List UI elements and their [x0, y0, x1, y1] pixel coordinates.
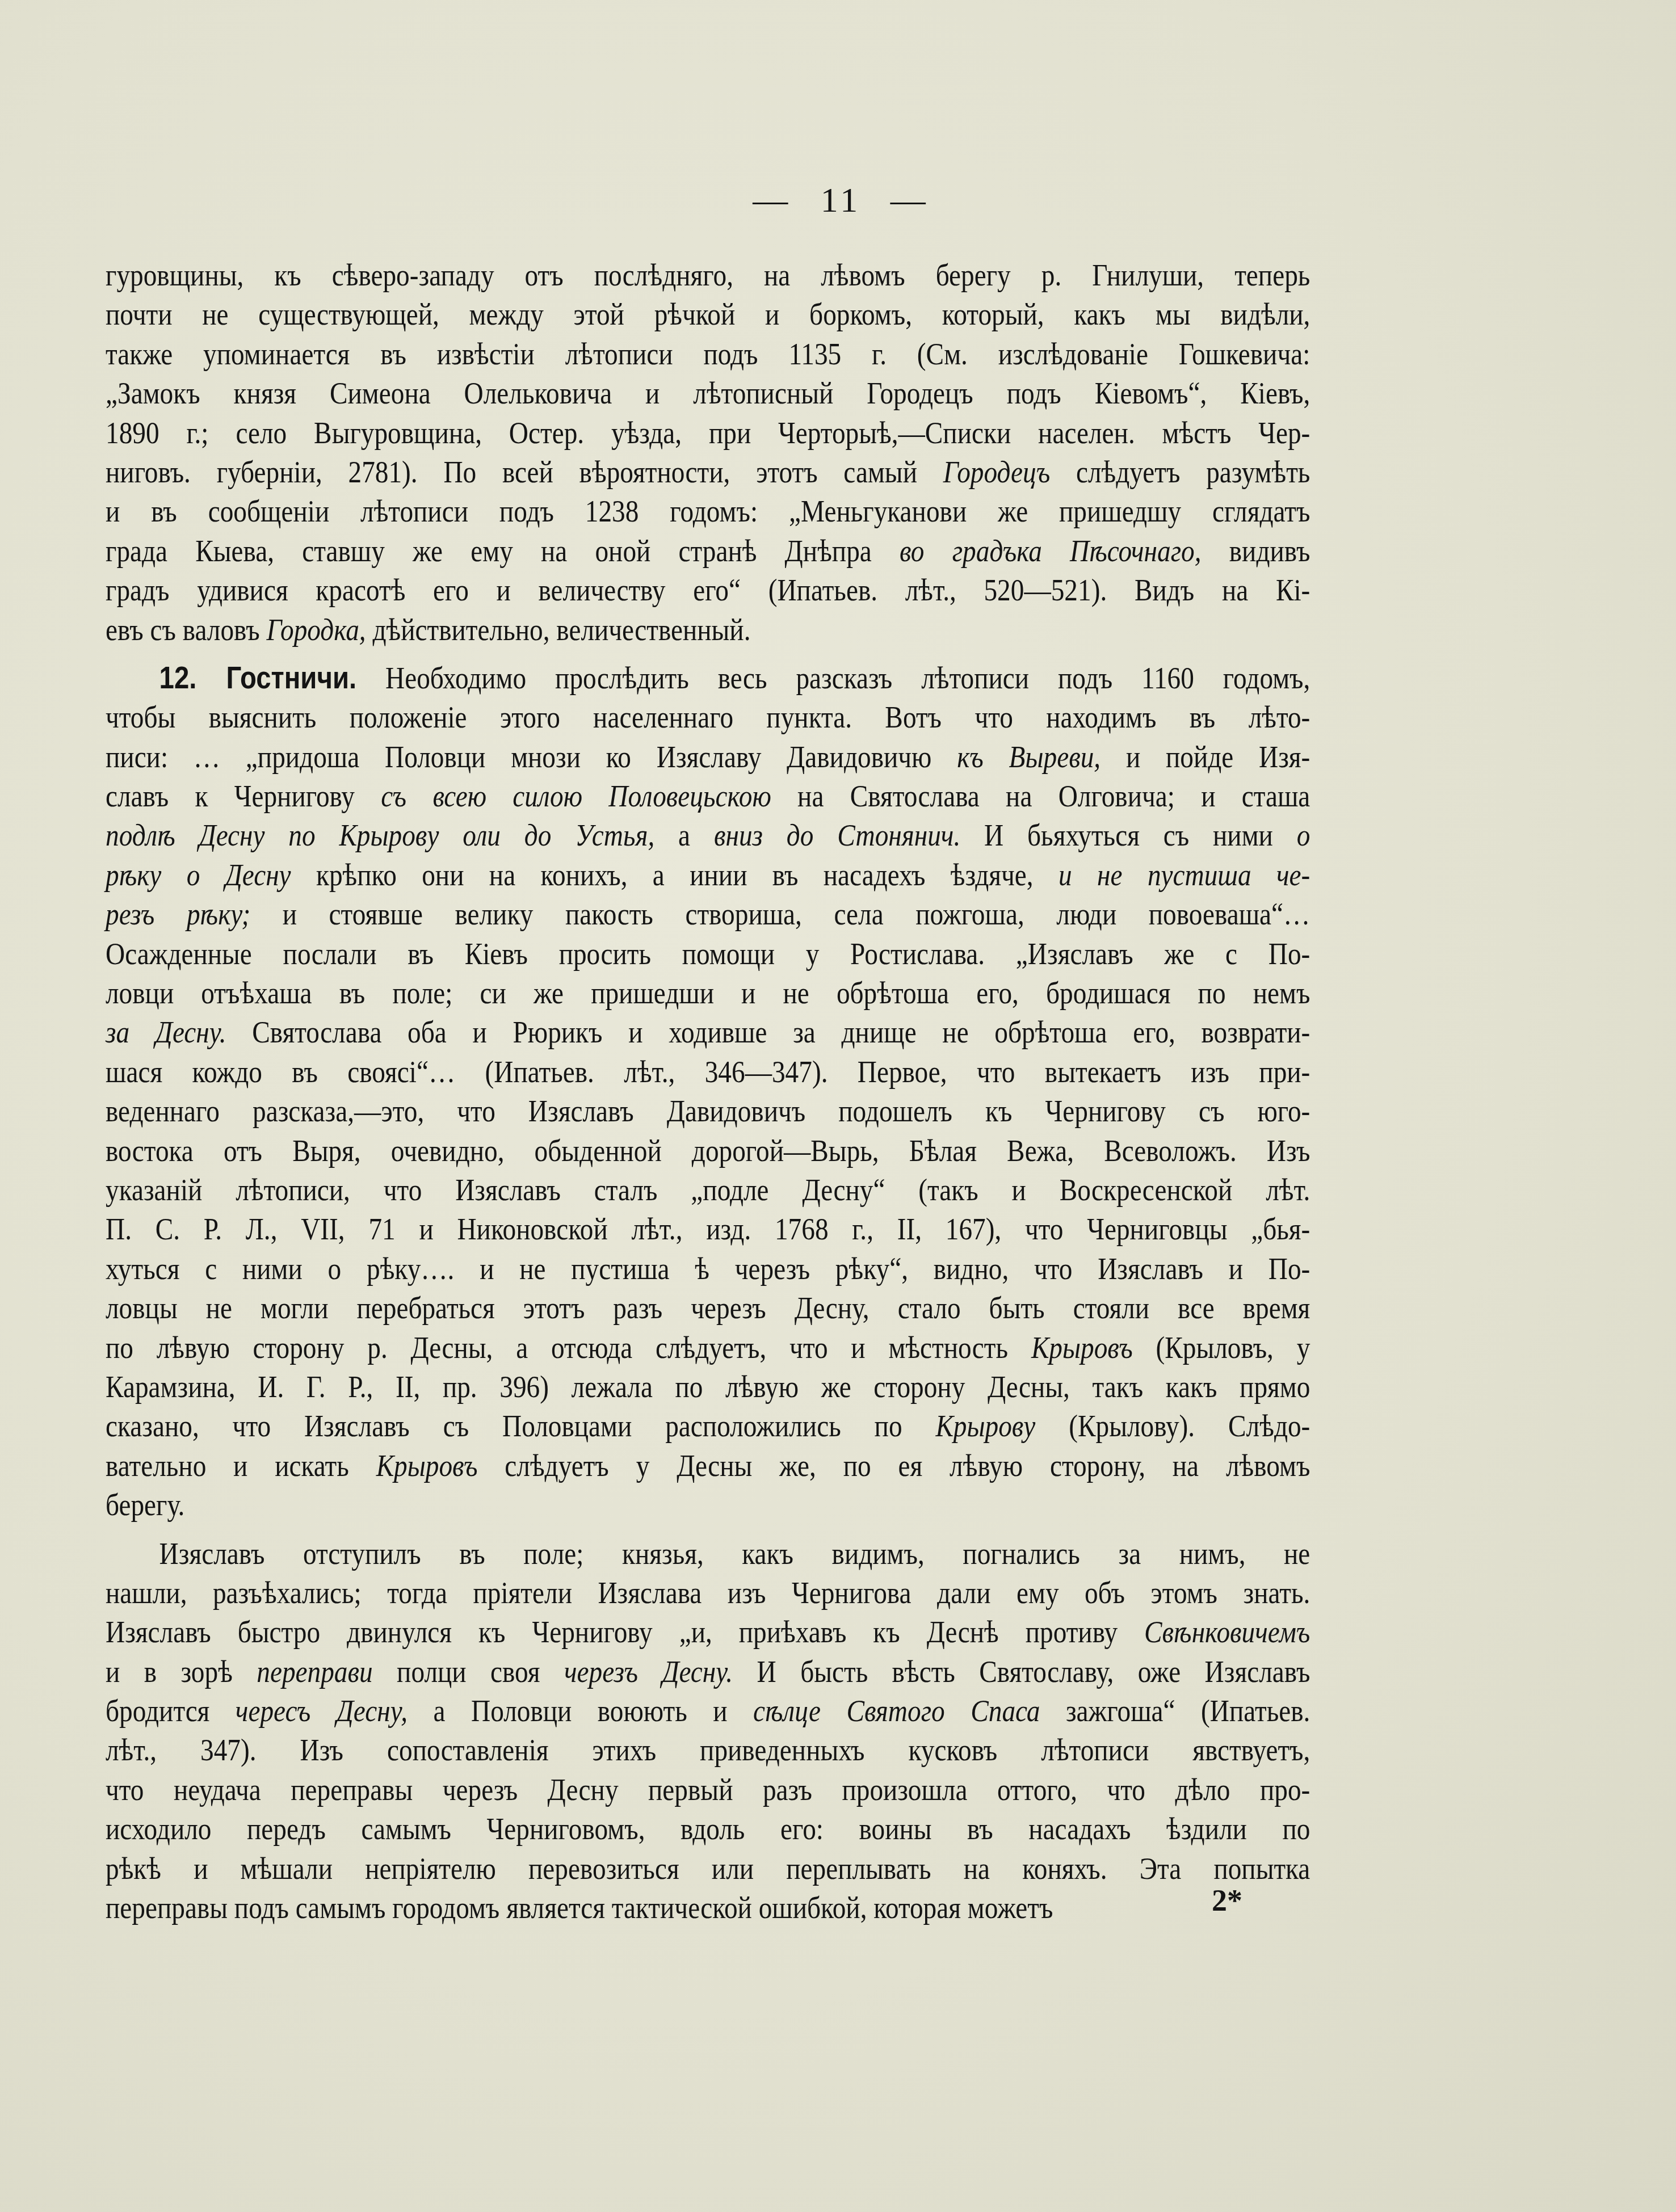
- text-run: Осажденные послали въ Кіевъ просить помо…: [106, 936, 1310, 971]
- page-number-dash-right: —: [890, 181, 929, 220]
- text-run: славъ к Чернигову: [106, 779, 381, 813]
- text-run: также упоминается въ извѣстіи лѣтописи п…: [106, 337, 1310, 371]
- text-run: видивъ: [1202, 533, 1310, 568]
- quoted-term: рѣку о Десну: [106, 857, 291, 892]
- text-run: сказано, что Изяславъ съ Половцами распо…: [106, 1408, 935, 1443]
- text-line: славъ к Чернигову съ всею силою Половець…: [106, 776, 1310, 815]
- text-run: полци своя: [373, 1654, 564, 1689]
- text-line: и в зорѣ переправи полци своя черезъ Дес…: [106, 1652, 1310, 1691]
- text-run: и в зорѣ: [106, 1654, 257, 1689]
- text-run: града Кыева, ставшу же ему на оной стран…: [106, 533, 900, 568]
- text-run: по лѣвую сторону р. Десны, а отсюда слѣд…: [106, 1330, 1031, 1365]
- text-line: гуровщины, къ сѣверо-западу отъ послѣдня…: [106, 255, 1310, 295]
- text-run: шася кождо въ своясі“… (Ипатьев. лѣт., 3…: [106, 1054, 1310, 1089]
- page-number: — 11 —: [0, 180, 1676, 221]
- text-run: слѣдуетъ у Десны же, по ея лѣвую сторону…: [478, 1448, 1310, 1483]
- quoted-term: подлѣ Десну по Крырову оли до Устья,: [106, 818, 654, 852]
- quoted-term: резъ рѣку;: [106, 897, 250, 931]
- text-run: Карамзина, И. Г. Р., II, пр. 396) лежала…: [106, 1369, 1310, 1404]
- text-line: сказано, что Изяславъ съ Половцами распо…: [106, 1406, 1310, 1445]
- text-run: и стоявше велику пакость створиша, села …: [250, 897, 1310, 931]
- text-line: рѣку о Десну крѣпко они на конихъ, а ини…: [106, 855, 1310, 894]
- text-run: и пойде Изя-: [1100, 739, 1310, 774]
- paragraph: Изяславъ отступилъ въ поле; князья, какъ…: [106, 1534, 1310, 1928]
- text-run: 1890 г.; село Выгуровщина, Остер. уѣзда,…: [106, 415, 1310, 450]
- text-run: П. С. Р. Л., VII, 71 и Никоновской лѣт.,…: [106, 1212, 1310, 1246]
- text-line: градъ удивися красотѣ его и величеству е…: [106, 570, 1310, 609]
- text-line: хуться с ними о рѣку…. и не пустиша ѣ че…: [106, 1249, 1310, 1288]
- text-run: на Святослава на Олговича; и сташа: [771, 779, 1310, 813]
- quoted-term: во градъка Пѣсочнаго,: [900, 533, 1202, 568]
- text-run: исходило передъ самымъ Черниговомъ, вдол…: [106, 1811, 1310, 1846]
- quoted-term: съ всею силою Половецьскою: [381, 779, 771, 813]
- text-line: переправы подъ самымъ городомъ является …: [106, 1888, 1310, 1927]
- text-line: что неудача переправы черезъ Десну первы…: [106, 1770, 1310, 1809]
- text-line: „Замокъ князя Симеона Олельковича и лѣто…: [106, 373, 1310, 413]
- quoted-term: къ Выреви,: [957, 739, 1100, 774]
- text-run: И бьяхуться съ ними: [960, 818, 1296, 852]
- text-run: Изяславъ отступилъ въ поле; князья, какъ…: [159, 1536, 1310, 1571]
- text-run: евъ съ валовъ: [106, 612, 267, 647]
- text-run: писи: … „придоша Половци мнози ко Изясла…: [106, 739, 957, 774]
- text-line: писи: … „придоша Половци мнози ко Изясла…: [106, 737, 1310, 776]
- text-run: вательно и искать: [106, 1448, 376, 1483]
- text-run: рѣкѣ и мѣшали непріятелю перевозиться ил…: [106, 1851, 1310, 1886]
- quoted-term: черезъ Десну.: [564, 1654, 733, 1689]
- text-run: ловцы не могли перебраться этотъ разъ че…: [106, 1290, 1310, 1325]
- text-line: берегу.: [106, 1485, 1310, 1524]
- text-run: и въ сообщеніи лѣтописи подъ 1238 годомъ…: [106, 494, 1310, 528]
- text-run: веденнаго разсказа,—это, что Изяславъ Да…: [106, 1094, 1310, 1128]
- quoted-term: сѣлце Святого Спаса: [753, 1693, 1040, 1728]
- text-run: зажгоша“ (Ипатьев.: [1040, 1693, 1310, 1728]
- text-line: нашли, разъѣхались; тогда пріятели Изясл…: [106, 1573, 1310, 1612]
- page-number-dash-left: —: [753, 181, 791, 220]
- quoted-term: переправи: [257, 1654, 372, 1689]
- text-line: почти не существующей, между этой рѣчкой…: [106, 295, 1310, 334]
- text-run: чтобы выяснить положеніе этого населенна…: [106, 700, 1310, 734]
- text-line: также упоминается въ извѣстіи лѣтописи п…: [106, 334, 1310, 373]
- text-run: а: [654, 818, 714, 852]
- text-line: по лѣвую сторону р. Десны, а отсюда слѣд…: [106, 1328, 1310, 1367]
- quoted-term: Крыровъ: [376, 1448, 478, 1483]
- text-run: указаній лѣтописи, что Изяславъ сталъ „п…: [106, 1172, 1310, 1207]
- text-line: вательно и искать Крыровъ слѣдуетъ у Дес…: [106, 1446, 1310, 1485]
- text-line: града Кыева, ставшу же ему на оной стран…: [106, 531, 1310, 570]
- text-run: градъ удивися красотѣ его и величеству е…: [106, 573, 1310, 607]
- text-run: Необходимо прослѣдить весь разсказъ лѣто…: [356, 661, 1310, 695]
- text-run: Изяславъ быстро двинулся къ Чернигову „и…: [106, 1614, 1144, 1649]
- text-run: гуровщины, къ сѣверо-западу отъ послѣдня…: [106, 258, 1310, 292]
- text-line: ловцы не могли перебраться этотъ разъ че…: [106, 1288, 1310, 1327]
- text-run: бродится: [106, 1693, 236, 1728]
- text-run: (Крылову). Слѣдо-: [1035, 1408, 1310, 1443]
- text-line: и въ сообщеніи лѣтописи подъ 1238 годомъ…: [106, 491, 1310, 531]
- paragraph-gap: [106, 1525, 1310, 1534]
- quoted-term: Крырову: [935, 1408, 1035, 1443]
- quoted-term: Крыровъ: [1031, 1330, 1133, 1365]
- paragraph-gap: [106, 649, 1310, 658]
- text-line: рѣкѣ и мѣшали непріятелю перевозиться ил…: [106, 1849, 1310, 1888]
- text-run: ниговъ. губерніи, 2781). По всей вѣроятн…: [106, 455, 943, 489]
- text-line: евъ съ валовъ Городка, дѣйствительно, ве…: [106, 610, 1310, 649]
- text-line: веденнаго разсказа,—это, что Изяславъ Да…: [106, 1091, 1310, 1130]
- body-text: гуровщины, къ сѣверо-западу отъ послѣдня…: [106, 255, 1310, 1927]
- quoted-term: Городецъ: [943, 455, 1050, 489]
- text-line: Изяславъ отступилъ въ поле; князья, какъ…: [106, 1534, 1310, 1573]
- text-line: лѣт., 347). Изъ сопоставленія этихъ прив…: [106, 1730, 1310, 1769]
- quoted-term: Городка,: [267, 612, 366, 647]
- text-run: востока отъ Выря, очевидно, обыденной до…: [106, 1133, 1310, 1168]
- text-run: „Замокъ князя Симеона Олельковича и лѣто…: [106, 376, 1310, 410]
- text-run: хуться с ними о рѣку…. и не пустиша ѣ че…: [106, 1251, 1310, 1286]
- paragraph: 12. Гостничи. Необходимо прослѣдить весь…: [106, 658, 1310, 1525]
- text-line: 12. Гостничи. Необходимо прослѣдить весь…: [106, 658, 1310, 697]
- text-line: П. С. Р. Л., VII, 71 и Никоновской лѣт.,…: [106, 1209, 1310, 1248]
- paragraph: гуровщины, къ сѣверо-западу отъ послѣдня…: [106, 255, 1310, 649]
- signature-mark: 2*: [1212, 1883, 1242, 1918]
- text-line: подлѣ Десну по Крырову оли до Устья, а в…: [106, 815, 1310, 855]
- text-line: исходило передъ самымъ Черниговомъ, вдол…: [106, 1809, 1310, 1848]
- quoted-term: о: [1297, 818, 1310, 852]
- quoted-term: Свѣнковичемъ: [1144, 1614, 1310, 1649]
- text-run: Святослава оба и Рюрикъ и ходивше за дни…: [226, 1015, 1310, 1049]
- text-run: (Крыловъ, у: [1133, 1330, 1310, 1365]
- section-heading: 12. Гостничи.: [159, 660, 357, 695]
- text-line: бродится чересъ Десну, а Половци воюють …: [106, 1691, 1310, 1730]
- text-line: 1890 г.; село Выгуровщина, Остер. уѣзда,…: [106, 413, 1310, 452]
- text-run: слѣдуетъ разумѣть: [1050, 455, 1310, 489]
- text-run: ловци отъѣхаша въ поле; си же пришедши и…: [106, 975, 1310, 1010]
- text-line: за Десну. Святослава оба и Рюрикъ и ходи…: [106, 1012, 1310, 1052]
- text-line: Осажденные послали въ Кіевъ просить помо…: [106, 934, 1310, 973]
- text-line: востока отъ Выря, очевидно, обыденной до…: [106, 1131, 1310, 1170]
- text-run: крѣпко они на конихъ, а инии въ насадехъ…: [291, 857, 1058, 892]
- text-run: берегу.: [106, 1487, 184, 1522]
- text-run: почти не существующей, между этой рѣчкой…: [106, 297, 1310, 331]
- text-line: шася кождо въ своясі“… (Ипатьев. лѣт., 3…: [106, 1052, 1310, 1091]
- quoted-term: и не пустиша че-: [1058, 857, 1310, 892]
- text-run: а Половци воюють и: [408, 1693, 753, 1728]
- text-line: Изяславъ быстро двинулся къ Чернигову „и…: [106, 1612, 1310, 1651]
- text-line: ниговъ. губерніи, 2781). По всей вѣроятн…: [106, 452, 1310, 491]
- quoted-term: чересъ Десну,: [236, 1693, 408, 1728]
- text-run: И бысть вѣсть Святославу, оже Изяславъ: [733, 1654, 1310, 1689]
- quoted-term: за Десну.: [106, 1015, 226, 1049]
- text-run: нашли, разъѣхались; тогда пріятели Изясл…: [106, 1575, 1310, 1610]
- text-run: лѣт., 347). Изъ сопоставленія этихъ прив…: [106, 1732, 1310, 1767]
- text-run: что неудача переправы черезъ Десну первы…: [106, 1772, 1310, 1807]
- text-line: ловци отъѣхаша въ поле; си же пришедши и…: [106, 973, 1310, 1012]
- text-run: переправы подъ самымъ городомъ является …: [106, 1890, 1053, 1925]
- text-line: резъ рѣку; и стоявше велику пакость ство…: [106, 894, 1310, 933]
- text-run: дѣйствительно, величественный.: [366, 612, 751, 647]
- text-line: указаній лѣтописи, что Изяславъ сталъ „п…: [106, 1170, 1310, 1209]
- text-line: Карамзина, И. Г. Р., II, пр. 396) лежала…: [106, 1367, 1310, 1406]
- quoted-term: вниз до Стонянич.: [714, 818, 960, 852]
- page-number-value: 11: [821, 180, 862, 221]
- text-line: чтобы выяснить положеніе этого населенна…: [106, 697, 1310, 737]
